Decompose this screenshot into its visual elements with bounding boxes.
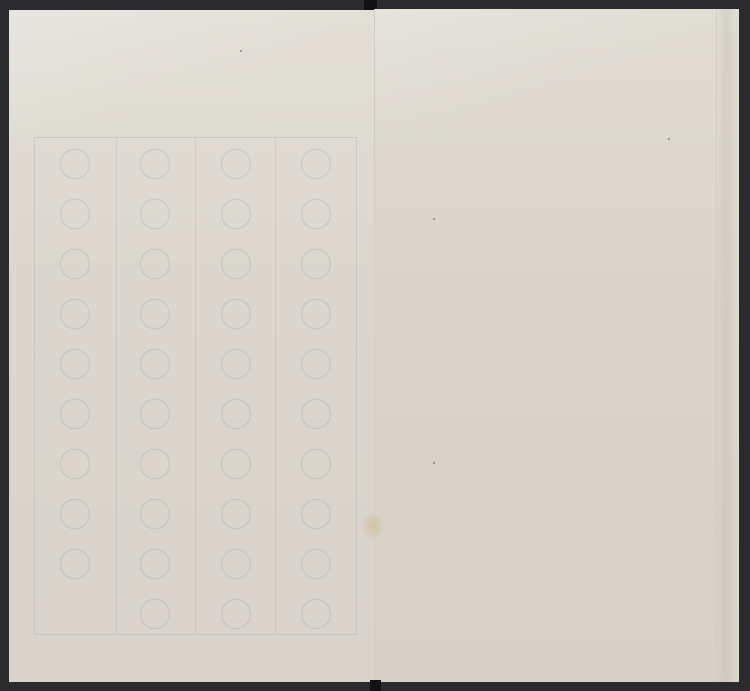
left-leaf: 〇〇〇〇〇〇〇〇〇〇〇〇〇〇〇〇〇〇〇〇〇〇〇〇〇〇〇〇〇〇〇〇〇〇〇〇〇〇〇	[9, 10, 375, 682]
bleed-through-glyph: 〇	[219, 396, 253, 436]
bleed-through-glyph: 〇	[219, 446, 253, 486]
bleed-through-glyph: 〇	[219, 146, 253, 186]
text-column: 〇〇〇〇〇〇〇〇〇	[35, 138, 115, 634]
bleed-through-glyph: 〇	[219, 596, 253, 636]
bleed-through-glyph: 〇	[299, 396, 333, 436]
paper-sheen	[375, 9, 739, 682]
bleed-through-text: 〇〇〇〇〇〇〇〇〇〇〇〇〇〇〇〇〇〇〇〇〇〇〇〇〇〇〇〇〇〇〇〇〇〇〇〇〇〇〇	[35, 138, 356, 634]
bleed-through-glyph: 〇	[299, 496, 333, 536]
right-leaf	[375, 9, 739, 682]
bleed-through-glyph: 〇	[219, 346, 253, 386]
bleed-through-glyph: 〇	[219, 296, 253, 336]
text-column: 〇〇〇〇〇〇〇〇〇〇	[115, 138, 195, 634]
paper-speck	[433, 218, 435, 220]
bleed-through-glyph: 〇	[138, 496, 172, 536]
bleed-through-glyph: 〇	[299, 446, 333, 486]
bleed-through-glyph: 〇	[58, 146, 92, 186]
scan-image: 〇〇〇〇〇〇〇〇〇〇〇〇〇〇〇〇〇〇〇〇〇〇〇〇〇〇〇〇〇〇〇〇〇〇〇〇〇〇〇	[0, 0, 750, 691]
text-column: 〇〇〇〇〇〇〇〇〇〇	[276, 138, 356, 634]
text-column: 〇〇〇〇〇〇〇〇〇〇	[196, 138, 276, 634]
bleed-through-glyph: 〇	[138, 346, 172, 386]
bleed-through-glyph: 〇	[138, 546, 172, 586]
bleed-through-glyph: 〇	[219, 496, 253, 536]
bleed-through-glyph: 〇	[138, 196, 172, 236]
leaf-edge	[716, 9, 739, 682]
bleed-through-glyph: 〇	[219, 546, 253, 586]
bleed-through-glyph: 〇	[138, 146, 172, 186]
bleed-through-glyph: 〇	[58, 396, 92, 436]
bleed-through-glyph: 〇	[299, 246, 333, 286]
paper-speck	[240, 50, 242, 52]
paper-stain	[362, 512, 384, 540]
bleed-through-glyph: 〇	[58, 246, 92, 286]
bleed-through-glyph: 〇	[138, 396, 172, 436]
bleed-through-glyph: 〇	[138, 446, 172, 486]
paper-speck	[433, 462, 435, 464]
bleed-through-glyph: 〇	[219, 196, 253, 236]
bleed-through-glyph: 〇	[58, 346, 92, 386]
paper-speck	[668, 138, 670, 140]
bleed-through-glyph: 〇	[138, 596, 172, 636]
bleed-through-glyph: 〇	[299, 146, 333, 186]
bleed-through-glyph: 〇	[299, 596, 333, 636]
bleed-through-glyph: 〇	[138, 296, 172, 336]
bleed-through-glyph: 〇	[299, 196, 333, 236]
bleed-through-glyph: 〇	[299, 546, 333, 586]
binding-notch-bottom	[370, 680, 381, 691]
ruled-frame: 〇〇〇〇〇〇〇〇〇〇〇〇〇〇〇〇〇〇〇〇〇〇〇〇〇〇〇〇〇〇〇〇〇〇〇〇〇〇〇	[34, 137, 357, 635]
bleed-through-glyph: 〇	[219, 246, 253, 286]
bleed-through-glyph: 〇	[58, 196, 92, 236]
bleed-through-glyph: 〇	[58, 546, 92, 586]
bleed-through-glyph: 〇	[299, 346, 333, 386]
bleed-through-glyph: 〇	[58, 296, 92, 336]
bleed-through-glyph: 〇	[58, 446, 92, 486]
bleed-through-glyph: 〇	[58, 496, 92, 536]
bleed-through-glyph: 〇	[138, 246, 172, 286]
bleed-through-glyph: 〇	[299, 296, 333, 336]
